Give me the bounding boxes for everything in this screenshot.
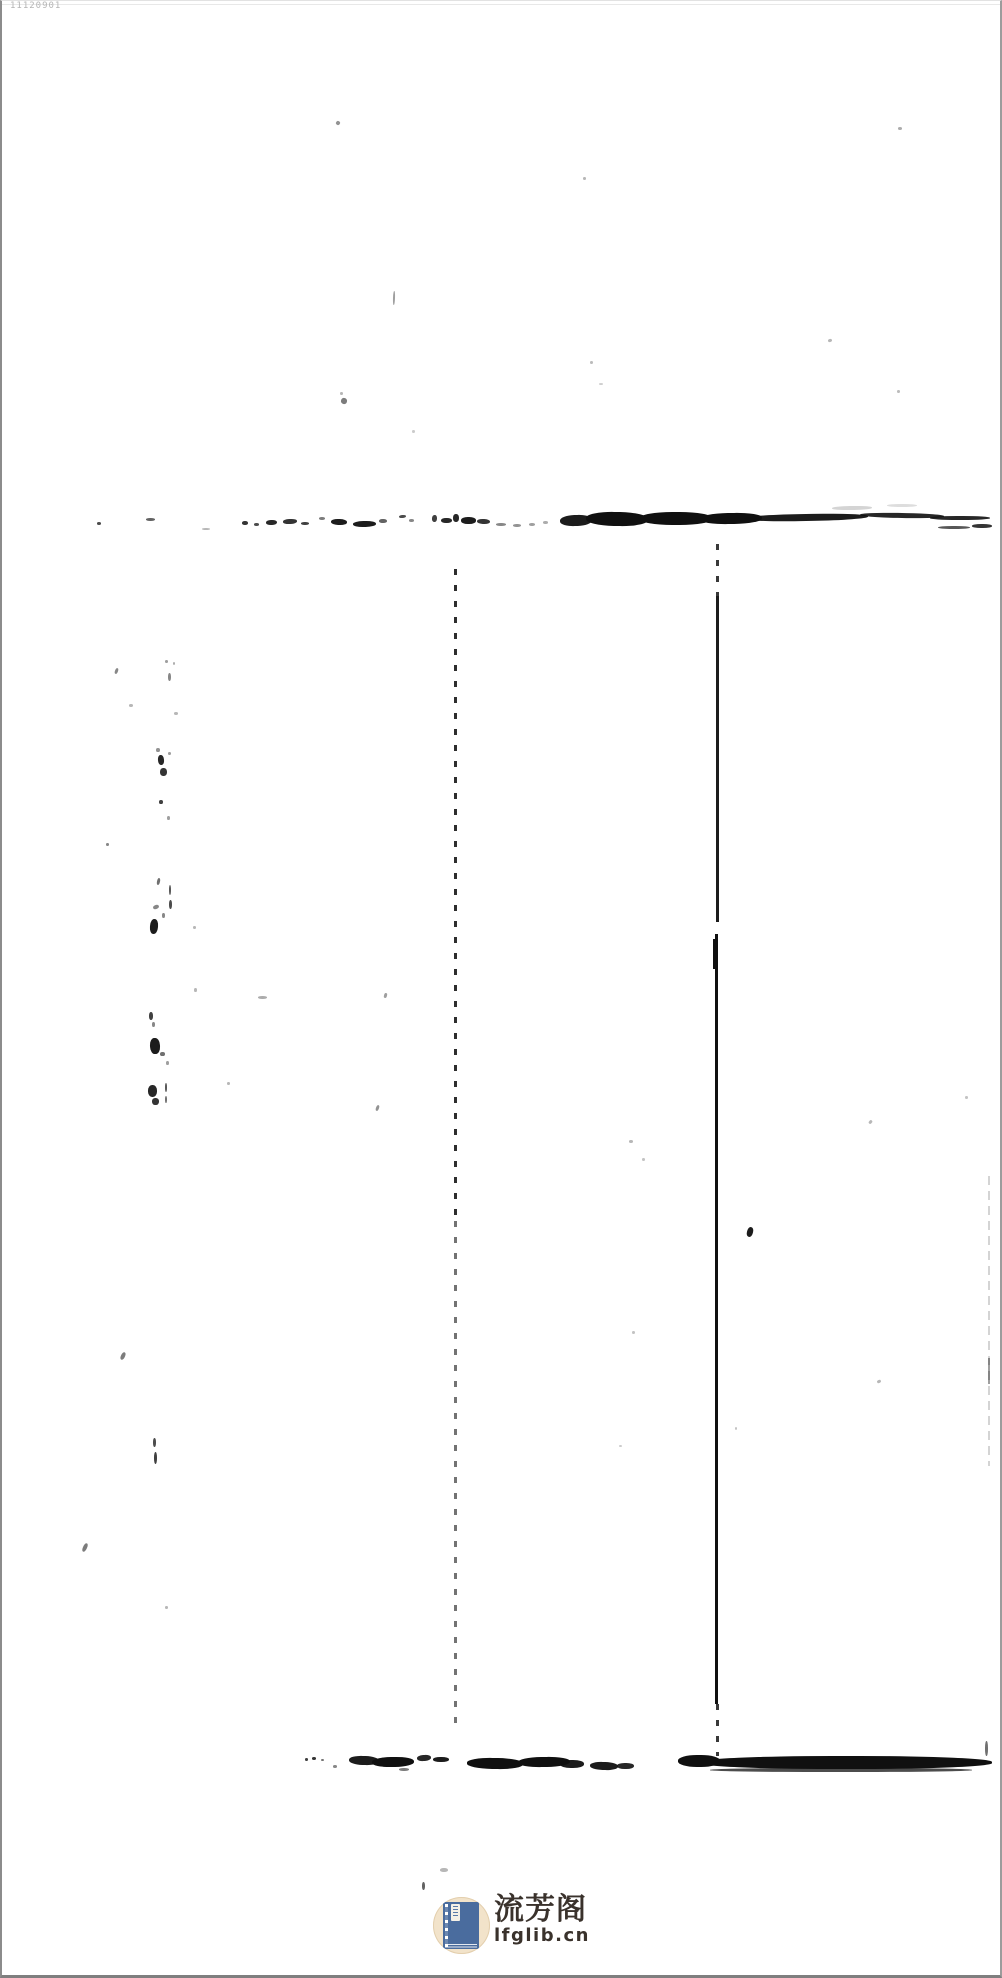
column-rule-faint [988,1176,990,1466]
left-marks-mark [165,1083,167,1092]
column-rule-solid [713,939,718,969]
book-icon [443,1902,479,1949]
bottom-band-mark [372,1757,414,1768]
watermark-site-url: lfglib.cn [494,1927,590,1945]
top-band-mark [461,517,476,524]
top-band-mark [477,519,490,524]
top-band-mark [938,526,970,529]
site-watermark: 流芳阁 lfglib.cn [2,1,1000,1975]
specks-mark [383,993,387,999]
left-marks-mark [158,755,165,765]
bottom-band-mark [417,1755,431,1762]
top-band-mark [930,516,990,520]
top-band-mark [202,528,210,530]
left-marks-mark [165,1096,167,1103]
left-marks-mark [168,673,171,681]
bottom-band-mark [433,1757,449,1762]
left-marks-mark [129,704,133,707]
specks-mark [629,1140,633,1143]
watermark-badge [433,1897,490,1954]
top-band-mark [832,506,872,511]
top-band-mark [441,518,452,523]
specks-mark [746,1226,754,1237]
top-band-mark [266,520,277,525]
specks-mark [642,1158,645,1161]
specks-mark [583,177,586,180]
left-marks-mark [156,748,160,752]
specks-mark [340,397,347,404]
left-marks-mark [193,926,196,929]
bottom-band-mark [305,1758,308,1761]
specks-mark [897,390,900,393]
bottom-band-mark [399,1768,409,1771]
column-rule-solid [716,596,719,922]
scanned-book-page: 11120901 流芳阁 lfglib.cn [0,0,1002,1978]
specks-mark [422,1882,425,1890]
specks-mark [393,291,395,305]
top-band-mark [409,519,414,522]
specks-mark [258,996,267,999]
scan-id-label: 11120901 [10,1,61,11]
left-marks-mark [152,904,159,910]
bottom-band-mark [333,1765,337,1768]
specks-mark [898,127,902,130]
left-marks-mark [152,1098,159,1105]
left-marks-mark [160,768,167,776]
top-band-mark [146,518,155,521]
bottom-band-mark [590,1762,618,1771]
bottom-band-mark [985,1741,988,1756]
left-marks-mark [168,752,171,755]
column-rule-solid [988,1358,990,1384]
column-rule-dashed [454,1221,457,1723]
left-marks-mark [173,662,175,665]
top-band-mark [399,515,406,519]
left-marks-mark [227,1082,230,1085]
left-marks-mark [169,900,172,909]
top-band-mark [97,522,101,525]
left-marks-mark [160,1052,165,1056]
top-band-mark [301,522,309,525]
specks-mark [735,1427,737,1430]
left-marks-mark [156,878,160,885]
top-band-mark [379,519,387,523]
specks-mark [153,1438,156,1447]
specks-mark [868,1120,873,1125]
specks-mark [119,1352,126,1361]
left-marks-mark [167,816,170,820]
book-title-label [451,1904,460,1921]
specks-mark [440,1868,448,1872]
left-marks-mark [174,712,178,715]
top-band-mark [513,524,521,527]
bottom-band-mark [467,1758,523,1770]
left-marks-mark [149,919,158,935]
specks-mark [375,1105,380,1112]
specks-mark [590,361,593,364]
bottom-band-mark [312,1757,316,1760]
bottom-band-mark [560,1760,584,1768]
top-band-mark [887,504,917,507]
top-band-mark [744,513,868,522]
specks-mark [154,1452,157,1464]
specks-mark [599,383,603,385]
top-band-mark [254,523,259,526]
left-marks-mark [114,668,119,675]
top-band-mark [543,521,548,524]
specks-mark [619,1445,622,1447]
bottom-band-mark [710,1768,972,1772]
specks-mark [877,1379,882,1384]
watermark-site-name: 流芳阁 [494,1894,587,1926]
left-marks-mark [165,660,168,663]
column-rule-dashed [454,569,457,1221]
specks-mark [165,1606,168,1609]
top-band-mark [432,515,438,522]
specks-mark [412,430,415,433]
top-band-mark [331,519,347,526]
top-band-mark [353,521,376,527]
top-band-mark [496,523,506,526]
top-band-mark [453,514,459,522]
specks-mark [340,392,343,395]
left-marks-mark [152,1022,155,1027]
top-band-mark [283,519,297,525]
specks-mark [828,338,833,342]
left-marks-mark [194,988,197,992]
specks-mark [335,120,340,125]
column-rule-dashed [716,1704,719,1756]
specks-mark [965,1096,968,1099]
column-rule-dashed [716,544,719,596]
left-marks-mark [159,800,163,804]
left-marks-mark [149,1012,153,1020]
top-band-mark [586,511,648,526]
book-spine-stitching [445,1904,448,1947]
top-band-mark [242,521,248,525]
specks-mark [81,1543,88,1553]
left-marks-mark [150,1038,161,1055]
bottom-band-mark [617,1763,634,1769]
left-marks-mark [162,913,165,918]
bottom-band-mark [321,1759,324,1761]
book-page-edges [445,1944,477,1948]
left-marks-mark [148,1085,157,1097]
page-top-edge [2,4,1000,5]
top-band-mark [529,523,535,526]
left-marks-mark [169,885,171,895]
left-marks-mark [166,1061,169,1065]
specks-mark [632,1331,635,1334]
top-band-mark [319,517,325,520]
top-band-mark [972,524,992,528]
left-marks-mark [106,843,109,846]
column-rule-solid [715,934,718,1704]
